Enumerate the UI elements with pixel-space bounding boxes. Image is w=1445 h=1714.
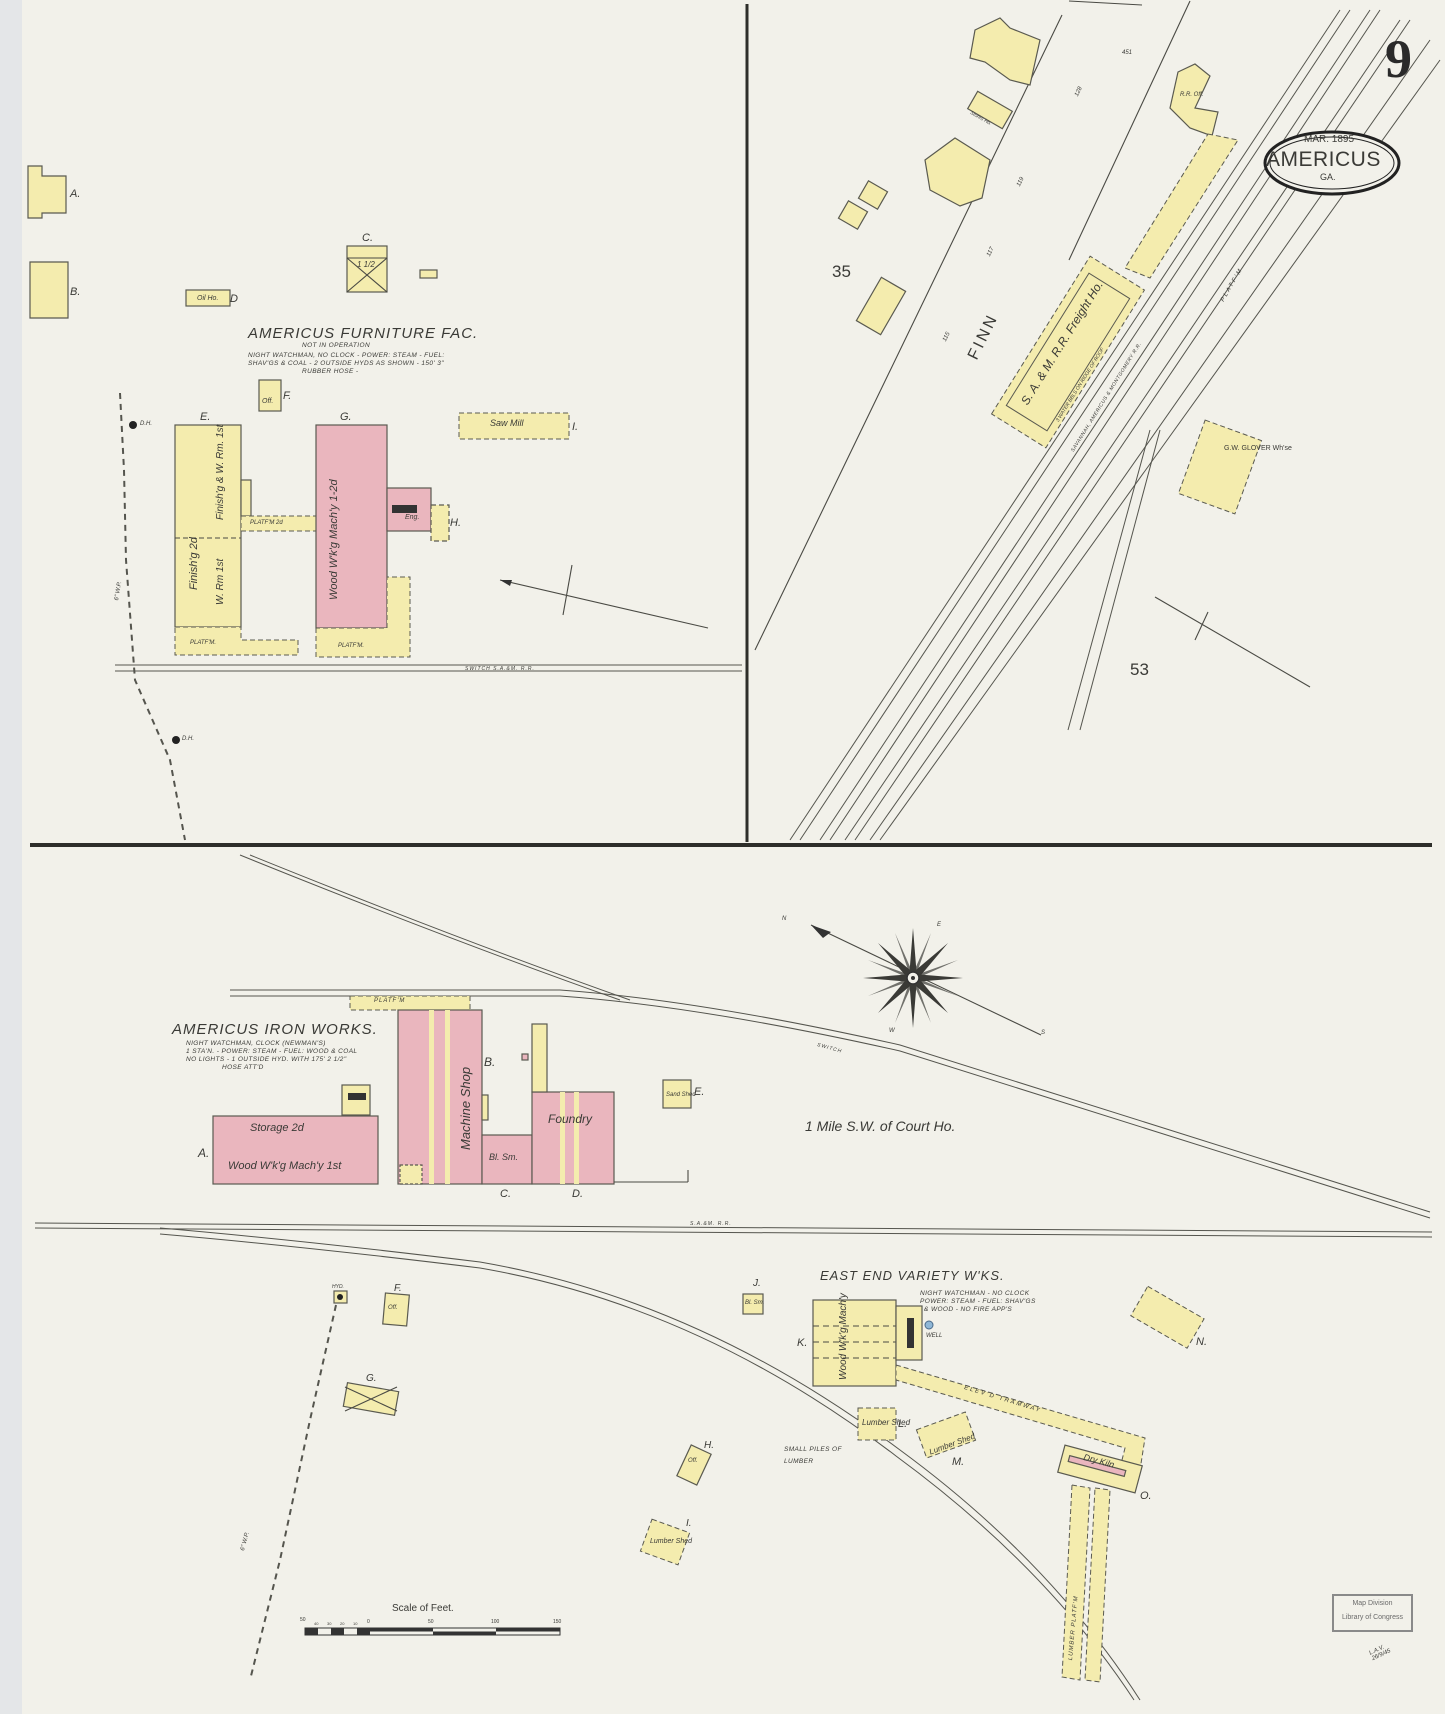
building-key-e: E. [200,411,210,423]
east-end-title: EAST END VARIETY W'KS. [820,1268,1005,1283]
sand-shed-label: Sand Shed [666,1092,696,1098]
platform-g-label: PLATF'M. [338,643,364,649]
scale-tick-150: 150 [553,1619,561,1625]
office-label: Off. [262,398,273,405]
iron-works-note-3: NO LIGHTS - 1 OUTSIDE HYD. WITH 175' 2 1… [186,1056,347,1064]
iron-key-b: B. [484,1055,495,1069]
map-linework: .fr{fill:#f4ecae;stroke:#5a5a50;stroke-w… [0,0,1445,1714]
iron-works-note-4: HOSE ATT'D [222,1064,264,1072]
scale-tick-0: 0 [367,1619,370,1625]
block-number-53: 53 [1130,660,1149,680]
cartouche-date: MAR. 1895 [1304,134,1354,145]
scale-tick-10: 10 [353,1621,357,1626]
rr-office-label: R.R. Off. [1180,92,1203,98]
machine-shop-label: Machine Shop [458,1067,473,1150]
compass-e: E [937,922,941,928]
storage-label: Storage 2d [250,1122,304,1134]
furniture-factory-title: AMERICUS FURNITURE FAC. [248,325,478,342]
east-key-h: H. [704,1440,714,1451]
east-key-i: I. [686,1518,692,1529]
address-451: 451 [1122,50,1132,56]
east-key-f: F. [394,1283,402,1294]
engine-label: Eng. [405,514,419,521]
building-key-b: B. [70,286,80,298]
compass-rose [811,925,1041,1035]
hydrant-label-1: D.H. [140,421,152,427]
iron-platform-label: PLATF'M [374,998,405,1004]
blacksmith-label: Bl. Sm. [489,1152,518,1162]
bottom-panel [35,855,1432,1700]
building-key-g: G. [340,411,352,423]
east-key-n: N. [1196,1336,1207,1348]
furniture-note-3: RUBBER HOSE - [302,368,359,376]
saw-mill-label: Saw Mill [490,418,524,428]
building-e-label-wr: W. Rm 1st [215,559,226,605]
scale-title: Scale of Feet. [392,1603,454,1614]
east-k-label: Wood W'k'g Mach'y [838,1293,849,1380]
cartouche-city: AMERICUS [1266,148,1381,172]
scale-bar [305,1628,560,1635]
east-key-m: M. [952,1456,964,1468]
building-key-c: C. [362,232,373,244]
main-rail-label: S.A.&M. R.R. [690,1221,732,1227]
hydrant-label: HYD. [332,1284,344,1290]
scale-tick-40: 40 [314,1621,318,1626]
east-end-note-2: POWER: STEAM - FUEL: SHAV'GS [920,1298,1036,1306]
building-key-a: A. [70,188,80,200]
plate-number: 9 [1385,28,1412,90]
oil-house-label: Oil Ho. [197,295,218,302]
east-i-label: Lumber Shed [650,1538,692,1545]
scale-tick-50: 50 [428,1619,434,1625]
building-e-label-finishing: Finish'g 2d [188,537,200,590]
east-key-o: O. [1140,1490,1152,1502]
furniture-note-1: NIGHT WATCHMAN, NO CLOCK - POWER: STEAM … [248,352,445,360]
east-l-label: Lumber Shed [862,1418,910,1427]
building-e-label-finishing-wr: Finish'g & W. Rm. 1st [215,425,226,520]
east-f-label: Off. [388,1305,398,1311]
east-end-note-3: & WOOD - NO FIRE APP'S [924,1306,1012,1314]
building-key-i: I. [572,421,578,433]
small-piles-label: SMALL PILES OF LUMBER [784,1444,844,1468]
location-note: 1 Mile S.W. of Court Ho. [805,1118,955,1134]
east-h-label: Off. [688,1458,698,1464]
scale-tick-20: 20 [340,1621,344,1626]
building-c-stories: 1 1/2 [357,260,375,269]
furniture-status: NOT IN OPERATION [302,342,370,350]
switch-rail-label: SWITCH S.A.&M. R.R. [465,666,535,672]
iron-works-note-1: NIGHT WATCHMAN, CLOCK (NEWMAN'S) [186,1040,326,1048]
compass-s: S [1041,1030,1045,1036]
freight-area [755,1,1440,840]
well-label: WELL [926,1333,942,1339]
furniture-factory [28,166,742,840]
block-number-35: 35 [832,262,851,282]
east-key-k: K. [797,1337,807,1349]
cartouche-state: GA. [1320,172,1336,182]
library-stamp: Map Division Library of Congress [1332,1594,1413,1632]
stamp-line-1: Map Division [1334,1600,1411,1607]
foundry-label: Foundry [548,1112,592,1126]
iron-key-a: A. [198,1146,209,1160]
east-end-note-1: NIGHT WATCHMAN - NO CLOCK [920,1290,1029,1298]
compass-w: W [889,1028,895,1034]
building-key-f: F. [283,390,291,402]
scale-tick-50l: 50 [300,1617,306,1623]
platform-e-label: PLATF'M. [190,640,216,646]
stamp-line-2: Library of Congress [1334,1614,1411,1621]
building-key-d: D [230,293,238,305]
scale-tick-100: 100 [491,1619,499,1625]
hydrant-label-2: D.H. [182,736,194,742]
furniture-note-2: SHAV'GS & COAL - 2 OUTSIDE HYDS AS SHOWN… [248,360,444,368]
wood-working-label: Wood W'k'g Mach'y 1st [228,1160,341,1172]
building-key-h: H. [450,517,461,529]
east-key-g: G. [366,1373,377,1384]
iron-works-title: AMERICUS IRON WORKS. [172,1021,378,1038]
iron-key-c: C. [500,1188,511,1200]
building-g-label: Wood W'k'g Mach'y 1-2d [328,479,340,600]
iron-works-note-2: 1 STA'N. - POWER: STEAM - FUEL: WOOD & C… [186,1048,357,1056]
compass-n: N [782,916,786,922]
east-j-label: Bl. Sm. [745,1300,764,1306]
east-key-j: J. [753,1278,761,1289]
iron-key-d: D. [572,1188,583,1200]
glover-warehouse-label: G.W. GLOVER Wh'se [1224,445,1292,452]
scale-tick-30: 30 [327,1621,331,1626]
platform-2d-label: PLATF'M 2d [250,520,283,526]
